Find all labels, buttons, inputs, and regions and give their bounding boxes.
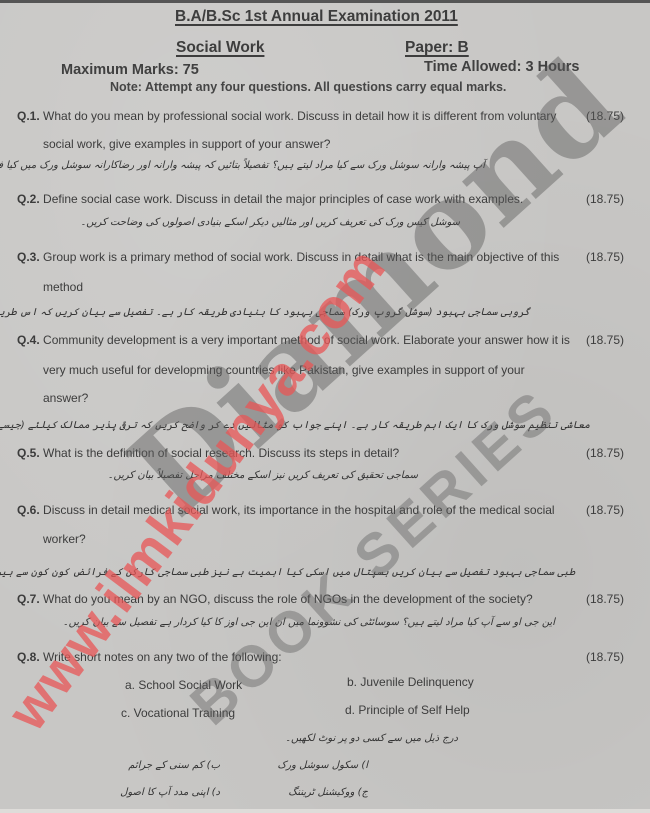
question-4-line-2: very much useful for developming countri… [43,363,525,377]
option-b: b. Juvenile Delinquency [347,675,474,689]
question-5-urdu: سماجی تحقیق کی تعریف کریں نیز اسکے مختلف… [108,470,418,481]
question-number: Q.1. [17,109,40,123]
question-8-urdu: درج ذیل میں سے کسی دو پر نوٹ لکھیں۔ [285,733,458,744]
question-1-line-2: social work, give examples in support of… [43,137,330,151]
question-7-marks: (18.75) [586,592,624,606]
question-1-urdu: آپ پیشہ وارانہ سوشل ورک سے کیا مراد لیتے… [0,160,485,171]
question-7-line-1: Q.7. What do you mean by an NGO, discuss… [17,592,533,606]
question-1-line-1: Q.1. What do you mean by professional so… [17,109,556,123]
question-5-line-1: Q.5. What is the definition of social re… [17,446,399,460]
urdu-option-a: ا) سکول سوشل ورک [277,760,368,771]
option-a: a. School Social Work [125,678,242,692]
question-4-line-3: answer? [43,391,88,405]
question-4-marks: (18.75) [586,333,624,347]
question-3-marks: (18.75) [586,250,624,264]
question-1-marks: (18.75) [586,109,624,123]
paper-heading: Paper: B [405,39,469,57]
question-6-line-1: Q.6. Discuss in detail medical social wo… [17,503,555,517]
question-6-urdu: طبی سماجی بہبود تفصیل سے بیان کریں ہسپتا… [0,567,575,578]
question-2-marks: (18.75) [586,192,624,206]
urdu-option-c: ج) ووکیشنل ٹریننگ [288,787,368,798]
option-d: d. Principle of Self Help [345,703,470,717]
question-7-urdu: این جی او سے آپ کیا مراد لیتے ہیں؟ سوسائ… [63,617,555,628]
question-8-marks: (18.75) [586,650,624,664]
question-8-line-1: Q.8. Write short notes on any two of the… [17,650,282,664]
time-allowed: Time Allowed: 3 Hours [424,59,580,75]
question-3-urdu: گروہی سماجی بہبود (سوشل گروپ ورک) سماجی … [0,307,530,318]
question-3-line-1: Q.3. Group work is a primary method of s… [17,250,559,264]
question-6-line-2: worker? [43,532,86,546]
question-4-urdu: معاشی تنظیم سوشل ورک کا ایک اہم طریقہ کا… [0,420,590,431]
exam-title: B.A/B.Sc 1st Annual Examination 2011 [175,8,458,26]
subject-heading: Social Work [176,39,264,57]
exam-paper: B.A/B.Sc 1st Annual Examination 2011 Soc… [0,0,650,813]
instructions-note: Note: Attempt any four questions. All qu… [110,80,506,94]
question-2-line-1: Q.2. Define social case work. Discuss in… [17,192,523,206]
bottom-edge [0,809,650,813]
question-5-marks: (18.75) [586,446,624,460]
urdu-option-d: د) اپنی مدد آپ کا اصول [120,787,220,798]
question-3-line-2: method [43,280,83,294]
question-4-line-1: Q.4. Community development is a very imp… [17,333,570,347]
option-c: c. Vocational Training [121,706,235,720]
top-edge [0,0,650,3]
question-6-marks: (18.75) [586,503,624,517]
urdu-option-b: ب) کم سنی کے جرائم [128,760,220,771]
maximum-marks: Maximum Marks: 75 [61,62,199,78]
question-2-urdu: سوشل کیس ورک کی تعریف کریں اور مثالیں دی… [80,217,460,228]
